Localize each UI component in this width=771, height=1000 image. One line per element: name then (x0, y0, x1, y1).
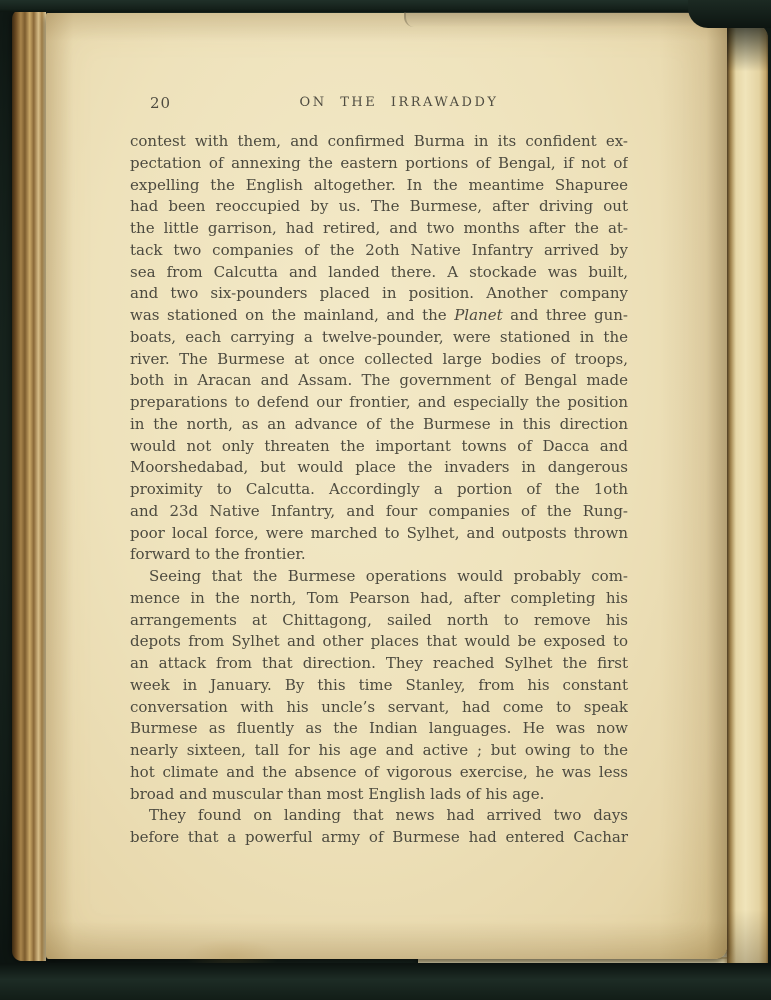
text-line: expelling the English altogether. In the… (130, 175, 628, 197)
text-line: would not only threaten the important to… (130, 436, 628, 458)
text-line: sea from Calcutta and landed there. A st… (130, 262, 628, 284)
text-line: arrangements at Chittagong, sailed north… (130, 610, 628, 632)
book-cover-top-right-corner (688, 0, 771, 28)
text-line: contest with them, and confirmed Burma i… (130, 131, 628, 153)
text-line: nearly sixteen, tall for his age and act… (130, 740, 628, 762)
running-header: ON THE IRRAWADDY (150, 95, 648, 110)
scanned-book-photo: 20 ON THE IRRAWADDY contest with them, a… (0, 0, 771, 1000)
text-line: mence in the north, Tom Pearson had, aft… (130, 588, 628, 610)
page-body: contest with them, and confirmed Burma i… (130, 131, 628, 849)
text-line: river. The Burmese at once collected lar… (130, 349, 628, 371)
fore-edge-page-stack (727, 24, 768, 976)
text-line: preparations to defend our frontier, and… (130, 392, 628, 414)
book-cover-bottom-edge (0, 963, 771, 1000)
text-line: pectation of annexing the eastern portio… (130, 153, 628, 175)
page-curl-shadow (404, 11, 729, 27)
page-header: 20 ON THE IRRAWADDY (130, 93, 628, 115)
text-line: broad and muscular than most English lad… (130, 784, 628, 806)
spine-gutter-page-edges (12, 9, 46, 961)
text-line: Seeing that the Burmese operations would… (130, 566, 628, 588)
text-line: was stationed on the mainland, and the P… (130, 305, 628, 327)
text-line: both in Aracan and Assam. The government… (130, 370, 628, 392)
text-line: week in January. By this time Stanley, f… (130, 675, 628, 697)
text-line: conversation with his uncle’s servant, h… (130, 697, 628, 719)
text-line: depots from Sylhet and other places that… (130, 631, 628, 653)
text-line: before that a powerful army of Burmese h… (130, 827, 628, 849)
book-page: 20 ON THE IRRAWADDY contest with them, a… (46, 13, 727, 959)
text-line: and two six-pounders placed in position.… (130, 283, 628, 305)
text-line: poor local force, were marched to Sylhet… (130, 523, 628, 545)
text-line: had been reoccupied by us. The Burmese, … (130, 196, 628, 218)
text-line: proximity to Calcutta. Accordingly a por… (130, 479, 628, 501)
text-line: in the north, as an advance of the Burme… (130, 414, 628, 436)
italic-text: Planet (454, 306, 502, 324)
text-line: the little garrison, had retired, and tw… (130, 218, 628, 240)
text-line: tack two companies of the 2oth Native In… (130, 240, 628, 262)
text-line: boats, each carrying a twelve-pounder, w… (130, 327, 628, 349)
text-line: hot climate and the absence of vigorous … (130, 762, 628, 784)
text-line: They found on landing that news had arri… (130, 805, 628, 827)
text-line: Burmese as fluently as the Indian langua… (130, 718, 628, 740)
text-line: an attack from that direction. They reac… (130, 653, 628, 675)
book-cover-top-edge (0, 0, 771, 12)
text-line: forward to the frontier. (130, 544, 628, 566)
text-line: Moorshedabad, but would place the invade… (130, 457, 628, 479)
text-line: and 23d Native Infantry, and four compan… (130, 501, 628, 523)
